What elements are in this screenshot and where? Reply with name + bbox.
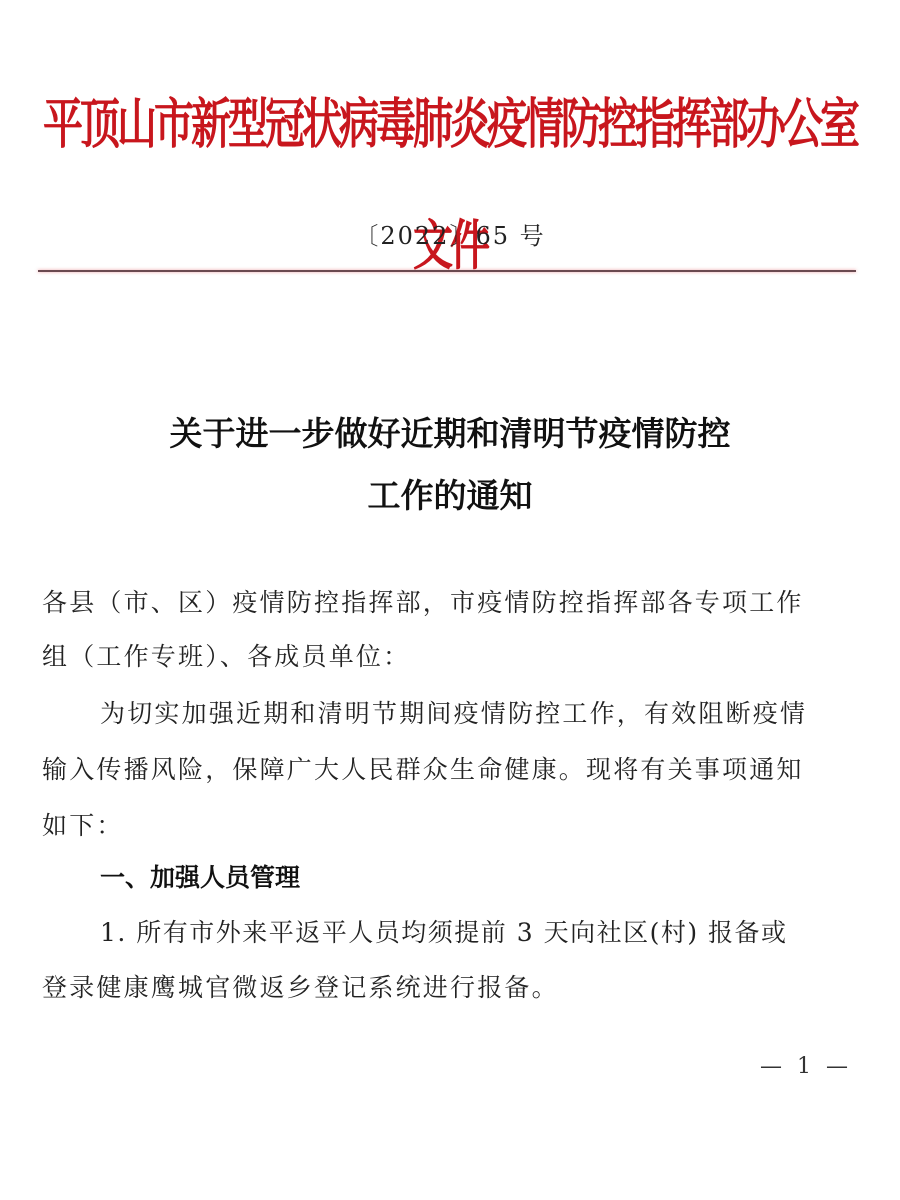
recipients-line-1: 各县（市、区）疫情防控指挥部，市疫情防控指挥部各专项工作 xyxy=(42,583,862,619)
item-1-line-2: 登录健康鹰城官微返乡登记系统进行报备。 xyxy=(42,968,862,1004)
intro-line-2: 输入传播风险，保障广大人民群众生命健康。现将有关事项通知 xyxy=(42,750,862,786)
document-number: 〔2022〕65 号 xyxy=(0,216,900,251)
notice-title-line-2: 工作的通知 xyxy=(0,470,900,517)
recipients-line-2: 组（工作专班）、各成员单位： xyxy=(42,637,862,673)
intro-line-3: 如下： xyxy=(42,806,862,842)
item-1-line-1: 1. 所有市外来平返平人员均须提前 3 天向社区(村) 报备或 xyxy=(100,913,900,949)
section-heading: 一、加强人员管理 xyxy=(100,858,300,894)
page-number: — 1 — xyxy=(760,1054,852,1079)
intro-line-1: 为切实加强近期和清明节期间疫情防控工作，有效阻断疫情 xyxy=(100,694,900,730)
notice-title-line-1: 关于进一步做好近期和清明节疫情防控 xyxy=(0,408,900,455)
header-divider xyxy=(38,270,856,272)
